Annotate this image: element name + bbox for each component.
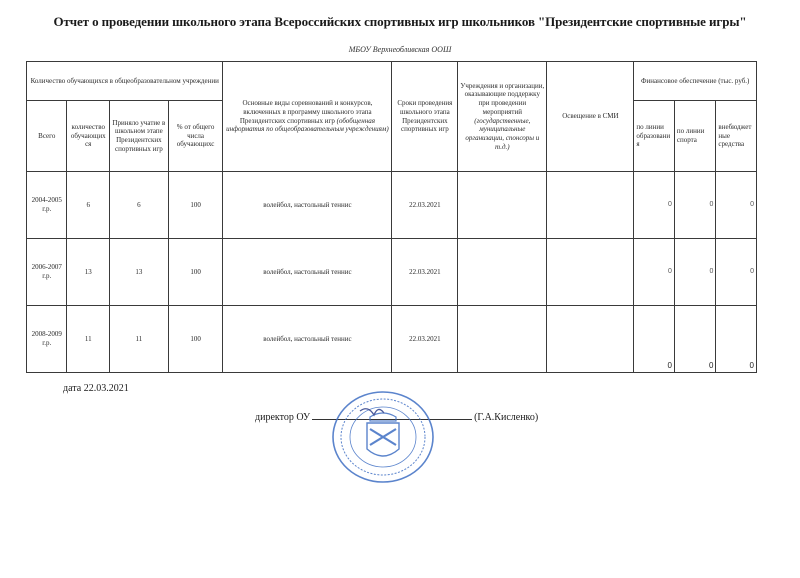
report-table: Количество обучающихся в общеобразовател… xyxy=(26,61,757,373)
cell-fin-extra: 0 xyxy=(716,306,757,373)
report-date: дата 22.03.2021 xyxy=(63,383,129,394)
cell-participated: 13 xyxy=(110,239,169,306)
cell-year: 2008-2009 г.р. xyxy=(27,306,67,373)
cell-date: 22.03.2021 xyxy=(392,239,458,306)
cell-participated: 6 xyxy=(110,172,169,239)
header-finance: Финансовое обеспечение (тыс. руб.) xyxy=(634,62,757,101)
cell-date: 22.03.2021 xyxy=(392,306,458,373)
cell-percent: 100 xyxy=(168,239,223,306)
document-title: Отчет о проведении школьного этапа Всеро… xyxy=(0,14,800,30)
cell-year: 2004-2005 г.р. xyxy=(27,172,67,239)
cell-fin-extra: 0 xyxy=(716,172,757,239)
header-institutions-text: Учреждения и организации, оказывающие по… xyxy=(460,82,544,116)
table-row: 2008-2009 г.р. 11 11 100 волейбол, насто… xyxy=(27,306,757,373)
header-students-group: Количество обучающихся в общеобразовател… xyxy=(27,62,223,101)
cell-media xyxy=(547,172,634,239)
cell-participated: 11 xyxy=(110,306,169,373)
header-finance-edu: по линии образования xyxy=(634,101,674,172)
school-name: МБОУ Верхнеобливская ООШ xyxy=(0,45,800,54)
cell-fin-extra: 0 xyxy=(716,239,757,306)
table-row: 2006-2007 г.р. 13 13 100 волейбол, насто… xyxy=(27,239,757,306)
table-row: 2004-2005 г.р. 6 6 100 волейбол, настоль… xyxy=(27,172,757,239)
cell-count: 6 xyxy=(67,172,110,239)
cell-percent: 100 xyxy=(168,306,223,373)
cell-count: 11 xyxy=(67,306,110,373)
header-main-types: Основные виды соревнований и конкурсов, … xyxy=(223,62,392,172)
cell-date: 22.03.2021 xyxy=(392,172,458,239)
header-finance-sport: по линии спорта xyxy=(674,101,716,172)
cell-fin-edu: 0 xyxy=(634,172,674,239)
director-label: директор ОУ xyxy=(255,412,310,423)
official-stamp-icon xyxy=(330,389,436,485)
cell-types: волейбол, настольный теннис xyxy=(223,239,392,306)
cell-institutions xyxy=(458,239,547,306)
director-name: (Г.А.Кисленко) xyxy=(474,412,538,423)
cell-institutions xyxy=(458,172,547,239)
cell-fin-sport: 0 xyxy=(674,306,716,373)
cell-fin-edu: 0 xyxy=(634,306,674,373)
header-participated: Приняло учатие в школьном этапе Президен… xyxy=(110,101,169,172)
header-institutions-note: (государственные, муниципальные организа… xyxy=(465,117,539,151)
header-percent: % от общего числа обучающихс xyxy=(168,101,223,172)
cell-institutions xyxy=(458,306,547,373)
cell-year: 2006-2007 г.р. xyxy=(27,239,67,306)
cell-media xyxy=(547,306,634,373)
header-dates: Сроки проведения школьного этапа Президе… xyxy=(392,62,458,172)
header-media: Освещение в СМИ xyxy=(547,62,634,172)
cell-types: волейбол, настольный теннис xyxy=(223,172,392,239)
cell-fin-sport: 0 xyxy=(674,172,716,239)
cell-count: 13 xyxy=(67,239,110,306)
header-finance-extra: внебюджетные средства xyxy=(716,101,757,172)
header-total: Всего xyxy=(27,101,67,172)
cell-types: волейбол, настольный теннис xyxy=(223,306,392,373)
cell-percent: 100 xyxy=(168,172,223,239)
cell-fin-sport: 0 xyxy=(674,239,716,306)
cell-media xyxy=(547,239,634,306)
header-institutions: Учреждения и организации, оказывающие по… xyxy=(458,62,547,172)
cell-fin-edu: 0 xyxy=(634,239,674,306)
header-count-students: количество обучающихся xyxy=(67,101,110,172)
